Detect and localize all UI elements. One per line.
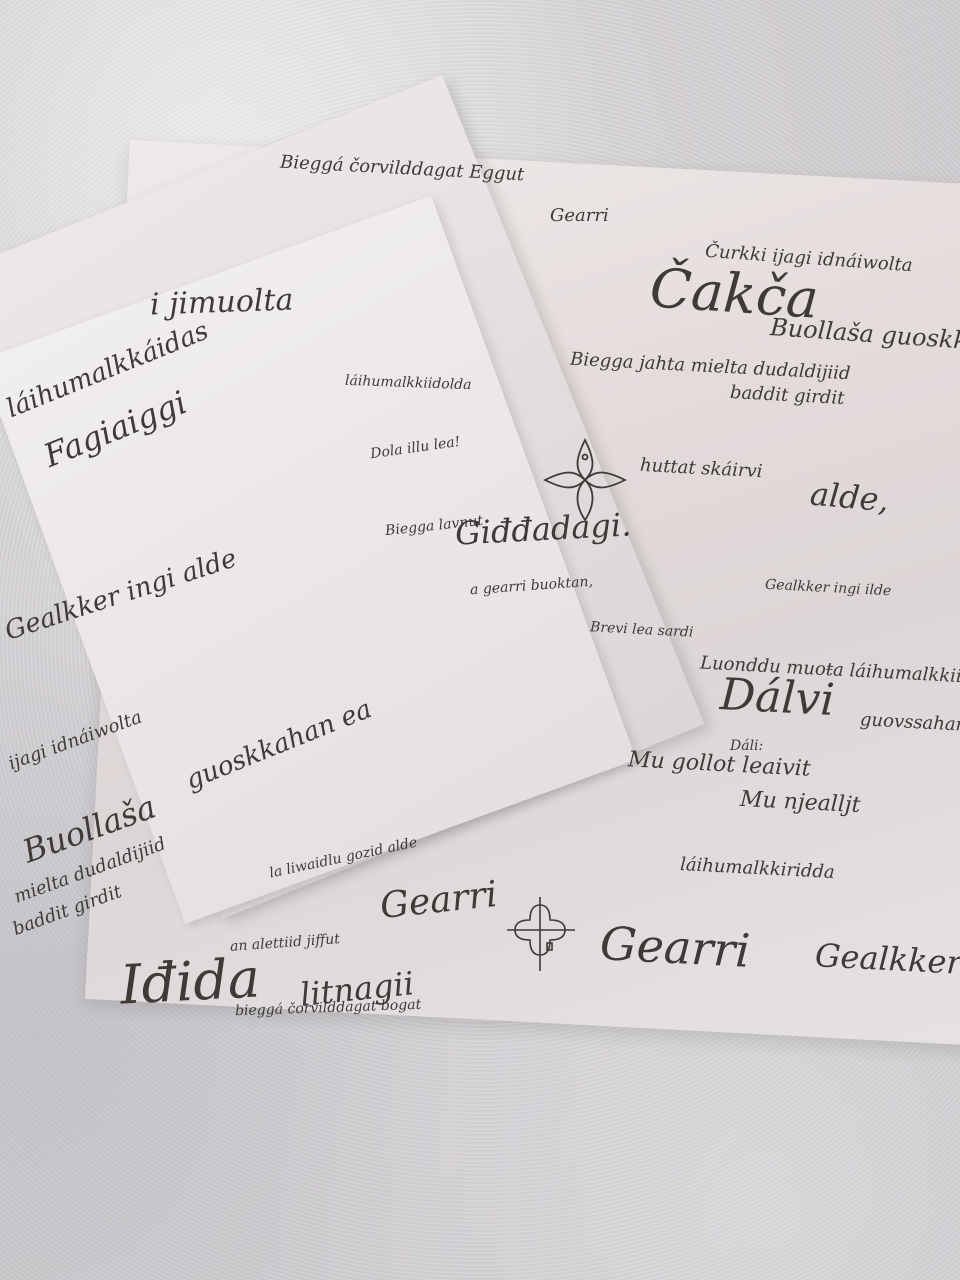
script-alde: alde, bbox=[808, 475, 890, 520]
quatrefoil-cross-motif bbox=[505, 895, 575, 975]
script-dalvi: Dálvi bbox=[719, 669, 836, 726]
script-gearri-small: Gearri bbox=[550, 205, 609, 226]
script-gealkker-bottom: Gealkker bbox=[814, 936, 960, 982]
script-gearri-big: Gearri bbox=[599, 916, 752, 978]
script-dali: Dáli: bbox=[730, 738, 763, 754]
script-fold-9: i jimuolta bbox=[149, 283, 294, 323]
four-petal-star-motif bbox=[540, 435, 630, 525]
